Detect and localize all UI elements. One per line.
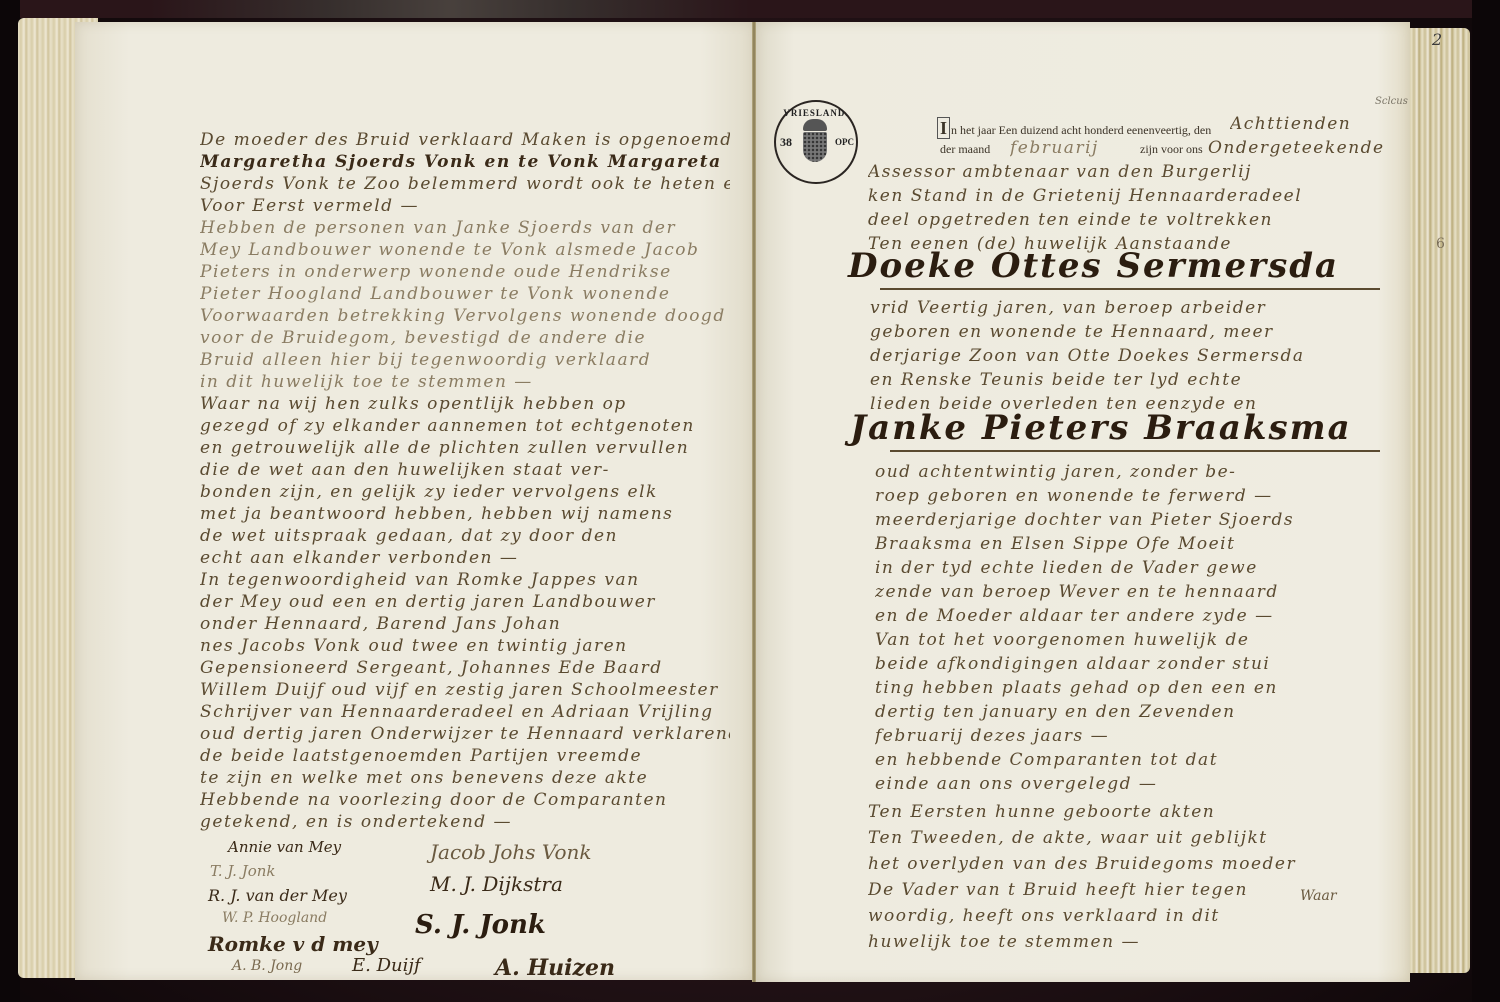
signature: A. Huizen	[495, 955, 615, 981]
bride-detail-line: oud achtentwintig jaren, zonder be-	[875, 460, 1395, 484]
bride-detail-line: dertig ten january en den Zevenden	[875, 700, 1395, 724]
bride-detail-line: en de Moeder aldaar ter andere zyde —	[875, 604, 1395, 628]
stamp-province: VRIESLAND.	[783, 108, 848, 118]
signature: A. B. Jong	[232, 958, 302, 974]
left-text-line: Hebbende na voorlezing door de Comparant…	[200, 788, 730, 812]
signature: S. J. Jonk	[415, 910, 546, 940]
left-text-line: gezegd of zy elkander aannemen tot echtg…	[200, 414, 730, 438]
left-text-line: In tegenwoordigheid van Romke Jappes van	[200, 568, 730, 592]
left-text-line: en getrouwelijk alle de plichten zullen …	[200, 436, 730, 460]
groom-detail-line: derjarige Zoon van Otte Doekes Sermersda	[870, 344, 1390, 368]
left-text-line: Willem Duijf oud vijf en zestig jaren Sc…	[200, 678, 730, 702]
bride-detail-line: in der tyd echte lieden de Vader gewe	[875, 556, 1395, 580]
printed-header-line-2a: der maand	[940, 142, 990, 157]
signature: E. Duijf	[352, 955, 421, 976]
left-text-line: te zijn en welke met ons benevens deze a…	[200, 766, 730, 790]
signature: Annie van Mey	[228, 838, 341, 856]
bride-detail-line: einde aan ons overgelegd —	[875, 772, 1395, 796]
bride-detail-line: het overlyden van des Bruidegoms moeder	[868, 852, 1388, 876]
left-text-line: voor de Bruidegom, bevestigd de andere d…	[200, 326, 730, 350]
bride-detail-line: roep geboren en wonende te ferwerd —	[875, 484, 1395, 508]
crown-icon	[803, 119, 827, 131]
book-gutter	[752, 22, 756, 982]
bride-detail-line: ting hebben plaats gehad op den een en	[875, 676, 1395, 700]
intro-line: Assessor ambtenaar van den Burgerlij	[868, 160, 1388, 184]
bride-detail-line: Ten Tweeden, de akte, waar uit geblijkt	[868, 826, 1388, 850]
stamp-value-left: 38	[780, 135, 792, 150]
left-text-line: Voor Eerst vermeld —	[200, 194, 730, 218]
bride-detail-line: Ten Eersten hunne geboorte akten	[868, 800, 1388, 824]
left-text-line: de wet uitspraak gedaan, dat zy door den	[200, 524, 730, 548]
signature: R. J. van der Mey	[208, 886, 347, 905]
left-text-line: Waar na wij hen zulks opentlijk hebben o…	[200, 392, 730, 416]
groom-detail-line: geboren en wonende te Hennaard, meer	[870, 320, 1390, 344]
left-text-line: nes Jacobs Vonk oud twee en twintig jare…	[200, 634, 730, 658]
coat-of-arms-icon	[803, 132, 827, 162]
groom-detail-line: en Renske Teunis beide ter lyd echte	[870, 368, 1390, 392]
left-text-line: Pieter Hoogland Landbouwer te Vonk wonen…	[200, 282, 730, 306]
groom-name-underline	[880, 288, 1380, 290]
left-text-line: oud dertig jaren Onderwijzer te Hennaard…	[200, 722, 730, 746]
handwritten-day: Achttienden	[1230, 112, 1380, 136]
page-stack-right	[1400, 28, 1470, 973]
left-text-line: Mey Landbouwer wonende te Vonk alsmede J…	[200, 238, 730, 262]
left-text-line: Pieters in onderwerp wonende oude Hendri…	[200, 260, 730, 284]
handwritten-month: februarij	[1010, 136, 1120, 160]
page-number: 2	[1432, 30, 1442, 49]
signature: T. J. Jonk	[210, 862, 276, 880]
left-text-line: die de wet aan den huwelijken staat ver-	[200, 458, 730, 482]
tax-stamp: VRIESLAND. 38 OPC	[774, 100, 858, 184]
left-text-line: Margaretha Sjoerds Vonk en te Vonk Marga…	[200, 150, 730, 174]
signature: M. J. Dijkstra	[430, 872, 563, 896]
left-text-line: Voorwaarden betrekking Vervolgens wonend…	[200, 304, 730, 328]
intro-line: deel opgetreden ten einde te voltrekken	[868, 208, 1388, 232]
corner-annotation: Sclcus	[1375, 96, 1408, 107]
bride-detail-line: februarij dezes jaars —	[875, 724, 1395, 748]
bride-detail-line: en hebbende Comparanten tot dat	[875, 748, 1395, 772]
bride-name-underline	[890, 450, 1380, 452]
left-text-line: onder Hennaard, Barend Jans Johan	[200, 612, 730, 636]
printed-header-line-2b: zijn voor ons	[1140, 142, 1203, 157]
left-text-line: Sjoerds Vonk te Zoo belemmerd wordt ook …	[200, 172, 730, 196]
signature: Romke v d mey	[208, 932, 378, 956]
book-cover-left	[0, 0, 20, 1002]
bride-detail-line: Van tot het voorgenomen huwelijk de	[875, 628, 1395, 652]
left-text-line: echt aan elkander verbonden —	[200, 546, 730, 570]
left-text-line: in dit huwelijk toe te stemmen —	[200, 370, 730, 394]
bride-detail-line: Braaksma en Elsen Sippe Ofe Moeit	[875, 532, 1395, 556]
left-text-line: de beide laatstgenoemden Partijen vreemd…	[200, 744, 730, 768]
groom-name: Doeke Ottes Sermersda	[848, 246, 1339, 286]
intro-line: ken Stand in de Grietenij Hennaarderadee…	[868, 184, 1388, 208]
margin-mark: 6	[1436, 236, 1445, 252]
signature: Jacob Johs Vonk	[430, 840, 592, 864]
left-text-line: Hebben de personen van Janke Sjoerds van…	[200, 216, 730, 240]
left-text-line: Gepensioneerd Sergeant, Johannes Ede Baa…	[200, 656, 730, 680]
bride-name: Janke Pieters Braaksma	[850, 408, 1352, 448]
marbled-cover-edge	[150, 0, 750, 18]
bride-detail-line: beide afkondigingen aldaar zonder stui	[875, 652, 1395, 676]
left-text-line: der Mey oud een en dertig jaren Landbouw…	[200, 590, 730, 614]
groom-detail-line: vrid Veertig jaren, van beroep arbeider	[870, 296, 1390, 320]
left-text-line: bonden zijn, en gelijk zy ieder vervolge…	[200, 480, 730, 504]
stamp-value-right: OPC	[835, 137, 854, 147]
book-cover-right	[1472, 0, 1500, 1002]
left-text-line: Schrijver van Hennaarderadeel en Adriaan…	[200, 700, 730, 724]
handwritten-officer: Ondergeteekende	[1208, 136, 1388, 160]
left-text-line: met ja beantwoord hebben, hebben wij nam…	[200, 502, 730, 526]
bride-detail-line: huwelijk toe te stemmen —	[868, 930, 1388, 954]
left-text-line: De moeder des Bruid verklaard Maken is o…	[200, 128, 730, 152]
bride-detail-line: zende van beroep Wever en te hennaard	[875, 580, 1395, 604]
left-text-line: Bruid alleen hier bij tegenwoordig verkl…	[200, 348, 730, 372]
bride-detail-line: woordig, heeft ons verklaard in dit	[868, 904, 1388, 928]
signature: W. P. Hoogland	[222, 910, 327, 926]
bride-detail-line: meerderjarige dochter van Pieter Sjoerds	[875, 508, 1395, 532]
left-text-line: getekend, en is ondertekend —	[200, 810, 730, 834]
catchword: Waar	[1300, 888, 1337, 904]
decorative-initial: I	[937, 117, 950, 139]
